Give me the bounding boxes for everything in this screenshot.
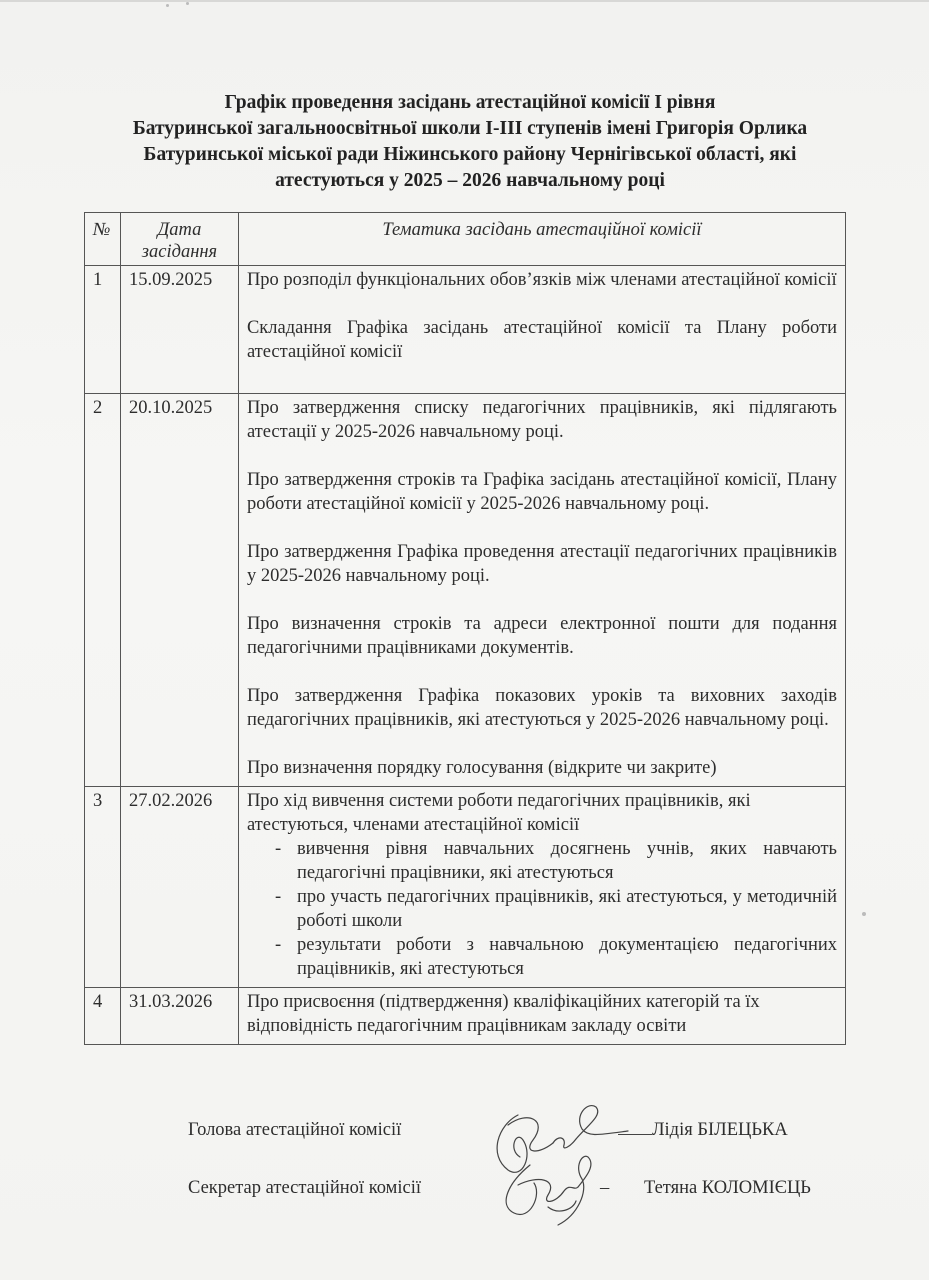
row-date: 31.03.2026 [120, 988, 238, 1045]
title-line-3: Батуринської міської ради Ніжинського ра… [90, 142, 850, 168]
row-number: 4 [85, 988, 121, 1045]
topic-paragraph: Про визначення порядку голосування (відк… [247, 756, 837, 780]
topic-paragraph: Про затвердження Графіка проведення атес… [247, 540, 837, 588]
signatory-role: Секретар атестаційної комісії [188, 1176, 421, 1200]
topic-paragraph: Складання Графіка засідань атестаційної … [247, 316, 837, 364]
dash-bullet-icon: - [275, 837, 281, 861]
scan-speck [166, 4, 169, 7]
dash-bullet-icon: - [275, 933, 281, 957]
bullet-text: результати роботи з навчальною документа… [297, 935, 837, 979]
bullet-text: про участь педагогічних працівників, які… [297, 887, 837, 931]
title-line-4: атестуються у 2025 – 2026 навчальному ро… [90, 168, 850, 194]
title-line-1: Графік проведення засідань атестаційної … [90, 90, 850, 116]
header-date-line-1: Дата [129, 219, 230, 241]
signature-block: Голова атестаційної комісії Лідія БІЛЕЦЬ… [188, 1118, 868, 1218]
row-topics: Про розподіл функціональних обов’язків м… [238, 266, 845, 394]
meeting-schedule-table: № Дата засідання Тематика засідань атест… [84, 212, 846, 1045]
table-row: 3 27.02.2026 Про хід вивчення системи ро… [85, 787, 846, 988]
header-topic: Тематика засідань атестаційної комісії [238, 213, 845, 266]
topic-bullet-list: - вивчення рівня навчальних досягнень уч… [247, 837, 837, 981]
table-row: 2 20.10.2025 Про затвердження списку пед… [85, 394, 846, 787]
signatory-name: Тетяна КОЛОМІЄЦЬ [644, 1176, 811, 1200]
topic-paragraph: Про затвердження списку педагогічних пра… [247, 396, 837, 444]
list-item: - результати роботи з навчальною докумен… [297, 933, 837, 981]
row-topics: Про хід вивчення системи роботи педагогі… [238, 787, 845, 988]
scanned-page: Графік проведення засідань атестаційної … [0, 0, 929, 1280]
topic-paragraph: Про затвердження Графіка показових урокі… [247, 684, 837, 732]
dash-bullet-icon: - [275, 885, 281, 909]
signatory-name: Лідія БІЛЕЦЬКА [652, 1118, 788, 1142]
table-row: 1 15.09.2025 Про розподіл функціональних… [85, 266, 846, 394]
signatory-role: Голова атестаційної комісії [188, 1118, 401, 1142]
row-topics: Про присвоєння (підтвердження) кваліфіка… [238, 988, 845, 1045]
row-number: 1 [85, 266, 121, 394]
topic-paragraph: Про визначення строків та адреси електро… [247, 612, 837, 660]
list-item: - про участь педагогічних працівників, я… [297, 885, 837, 933]
row-number: 3 [85, 787, 121, 988]
topic-paragraph: Про присвоєння (підтвердження) кваліфіка… [247, 990, 837, 1038]
header-date: Дата засідання [120, 213, 238, 266]
table-header-row: № Дата засідання Тематика засідань атест… [85, 213, 846, 266]
scan-speck [186, 2, 189, 5]
topic-paragraph: Про затвердження строків та Графіка засі… [247, 468, 837, 516]
document-title: Графік проведення засідань атестаційної … [90, 90, 850, 194]
signature-row-secretary: Секретар атестаційної комісії – Тетяна К… [188, 1176, 868, 1226]
signature-separator: – [600, 1176, 609, 1200]
row-topics: Про затвердження списку педагогічних пра… [238, 394, 845, 787]
scan-speck [862, 912, 866, 916]
page-top-edge [0, 0, 929, 2]
row-date: 15.09.2025 [120, 266, 238, 394]
topic-paragraph: Про розподіл функціональних обов’язків м… [247, 268, 837, 292]
row-number: 2 [85, 394, 121, 787]
row-date: 20.10.2025 [120, 394, 238, 787]
title-line-2: Батуринської загальноосвітньої школи І-І… [90, 116, 850, 142]
bullet-text: вивчення рівня навчальних досягнень учні… [297, 839, 837, 883]
header-date-line-2: засідання [129, 241, 230, 263]
row-date: 27.02.2026 [120, 787, 238, 988]
topic-intro: Про хід вивчення системи роботи педагогі… [247, 789, 837, 837]
table-row: 4 31.03.2026 Про присвоєння (підтверджен… [85, 988, 846, 1045]
signature-line [618, 1118, 652, 1135]
signature-row-chair: Голова атестаційної комісії Лідія БІЛЕЦЬ… [188, 1118, 868, 1168]
header-number: № [85, 213, 121, 266]
list-item: - вивчення рівня навчальних досягнень уч… [297, 837, 837, 885]
